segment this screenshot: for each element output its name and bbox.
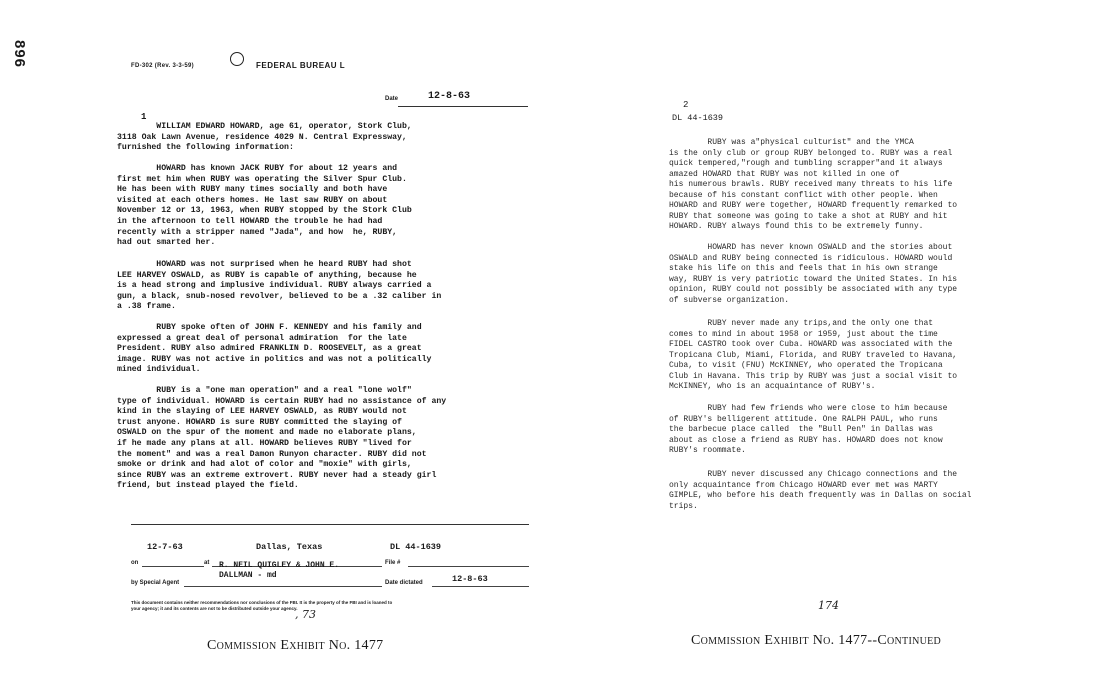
file-reference: DL 44-1639 <box>672 113 723 123</box>
paragraph: HOWARD has never known OSWALD and the st… <box>669 243 957 306</box>
handwritten-page-number: 174 <box>818 599 839 612</box>
paragraph: RUBY never made any trips,and the only o… <box>669 319 957 393</box>
date-value: 12-8-63 <box>428 91 470 102</box>
at-label: at <box>204 560 209 566</box>
file-number-value: DL 44-1639 <box>390 542 441 552</box>
paragraph: RUBY was a"physical culturist" and the Y… <box>669 138 957 233</box>
handwritten-page-number: , 73 <box>295 608 316 621</box>
paragraph: RUBY spoke often of JOHN F. KENNEDY and … <box>117 323 431 376</box>
agent-names-line2: DALLMAN - md <box>219 571 277 580</box>
exhibit-caption: Commission Exhibit No. 1477--Continued <box>691 633 941 649</box>
paragraph: WILLIAM EDWARD HOWARD, age 61, operator,… <box>117 122 412 154</box>
footer-divider <box>131 524 529 525</box>
dictated-value: 12-8-63 <box>452 574 488 584</box>
paragraph: RUBY is a "one man operation" and a real… <box>117 386 446 492</box>
date-label: Date <box>385 96 398 102</box>
page-number: 2 <box>683 100 688 110</box>
location-value: Dallas, Texas <box>256 542 322 552</box>
exhibit-caption: Commission Exhibit No. 1477 <box>207 638 383 654</box>
on-label: on <box>131 560 138 566</box>
paragraph: RUBY had few friends who were close to h… <box>669 404 947 457</box>
agency-header: FEDERAL BUREAU L <box>256 61 345 70</box>
paragraph: HOWARD has known JACK RUBY for about 12 … <box>117 164 412 249</box>
dictated-line <box>432 586 529 587</box>
interview-date-value: 12-7-63 <box>147 542 183 552</box>
paragraph: HOWARD was not surprised when he heard R… <box>117 260 441 313</box>
agent-line <box>184 586 382 587</box>
agent-label: by Special Agent <box>131 580 179 586</box>
file-line <box>408 566 529 567</box>
side-page-number: 896 <box>11 40 28 68</box>
paragraph: RUBY never discussed any Chicago connect… <box>669 470 971 512</box>
dictated-label: Date dictated <box>385 580 423 586</box>
page-number: 1 <box>141 112 146 122</box>
on-line <box>142 566 204 567</box>
seal-icon <box>230 52 244 66</box>
disclaimer: This document contains neither recommend… <box>131 600 531 612</box>
file-label: File # <box>385 560 400 566</box>
form-code: FD-302 (Rev. 3-3-59) <box>131 63 194 69</box>
agent-names-line1: R. NEIL QUIGLEY & JOHN E. <box>219 561 339 570</box>
